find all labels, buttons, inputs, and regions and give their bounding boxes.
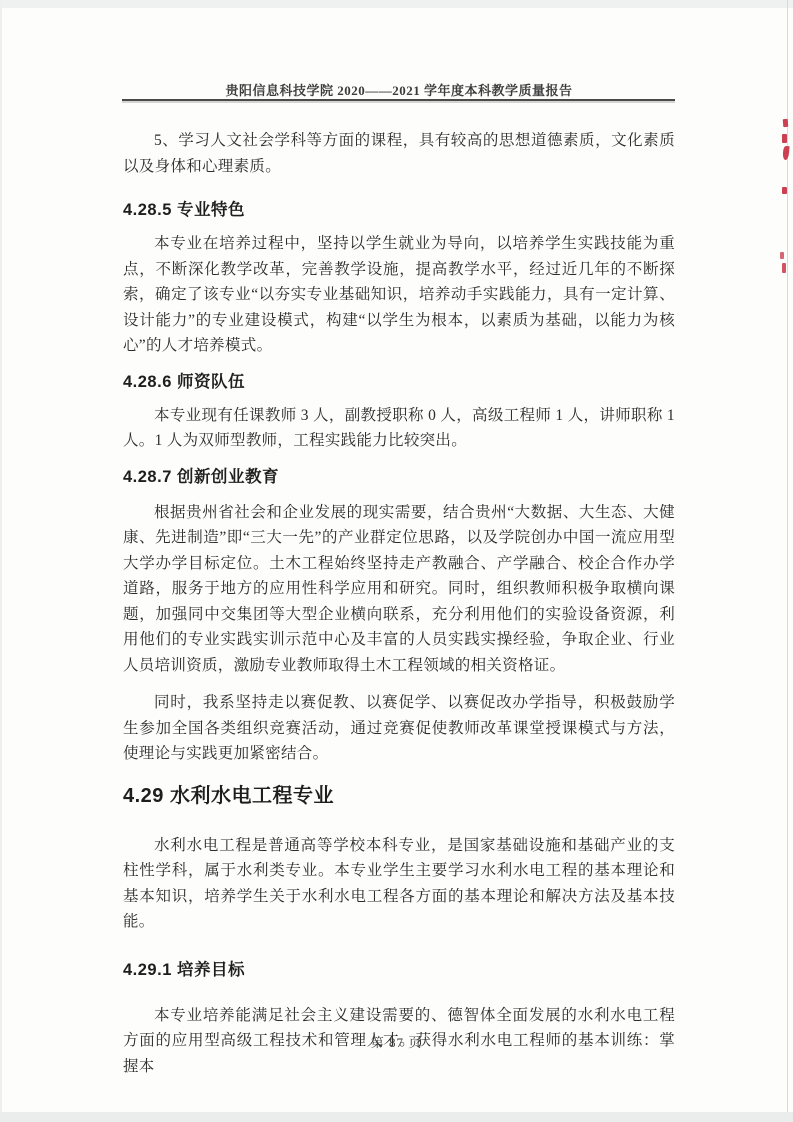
heading-4-29-1-training-objectives: 4.29.1 培养目标 <box>123 959 675 981</box>
scan-edge-top <box>0 0 793 8</box>
red-seal-fragment <box>782 146 789 160</box>
paragraph-4-29: 水利水电工程是普通高等学校本科专业，是国家基础设施和基础产业的支柱性学科，属于水… <box>123 833 675 935</box>
paragraph-4-28-6: 本专业现有任课教师 3 人，副教授职称 0 人，高级工程师 1 人，讲师职称 1… <box>123 403 675 454</box>
paragraph-intro-item5: 5、学习人文社会学科等方面的课程，具有较高的思想道德素质，文化素质以及身体和心理… <box>123 128 675 179</box>
heading-4-28-7-innovation-education: 4.28.7 创新创业教育 <box>123 466 675 488</box>
header-rule <box>122 99 675 101</box>
document-page: 贵阳信息科技学院 2020——2021 学年度本科教学质量报告 5、学习人文社会… <box>0 0 793 1122</box>
scan-edge-left <box>0 0 2 1122</box>
paragraph-4-28-7-second: 同时，我系坚持走以赛促教、以赛促学、以赛促改办学指导，积极鼓励学生参加全国各类组… <box>123 690 675 767</box>
document-body: 5、学习人文社会学科等方面的课程，具有较高的思想道德素质，文化素质以及身体和心理… <box>123 120 675 1079</box>
red-seal-fragment <box>783 119 789 127</box>
red-seal-fragment <box>780 252 784 259</box>
heading-4-29-water-conservancy-major: 4.29 水利水电工程专业 <box>123 783 675 809</box>
page-number: 第 87 页 <box>0 1032 793 1051</box>
red-seal-fragment <box>782 134 787 143</box>
heading-4-28-5-specialty-features: 4.28.5 专业特色 <box>123 199 675 221</box>
scan-edge-right-line <box>787 0 788 1122</box>
heading-4-28-6-faculty: 4.28.6 师资队伍 <box>123 371 675 393</box>
red-seal-fragment <box>782 187 787 194</box>
scan-edge-bottom <box>0 1112 793 1122</box>
paragraph-4-28-7-first: 根据贵州省社会和企业发展的现实需要，结合贵州“大数据、大生态、大健康、先进制造”… <box>123 500 675 679</box>
running-header-title: 贵阳信息科技学院 2020——2021 学年度本科教学质量报告 <box>123 80 675 99</box>
paragraph-4-28-5: 本专业在培养过程中，坚持以学生就业为导向，以培养学生实践技能为重点，不断深化教学… <box>123 231 675 359</box>
red-seal-fragment <box>782 263 786 273</box>
